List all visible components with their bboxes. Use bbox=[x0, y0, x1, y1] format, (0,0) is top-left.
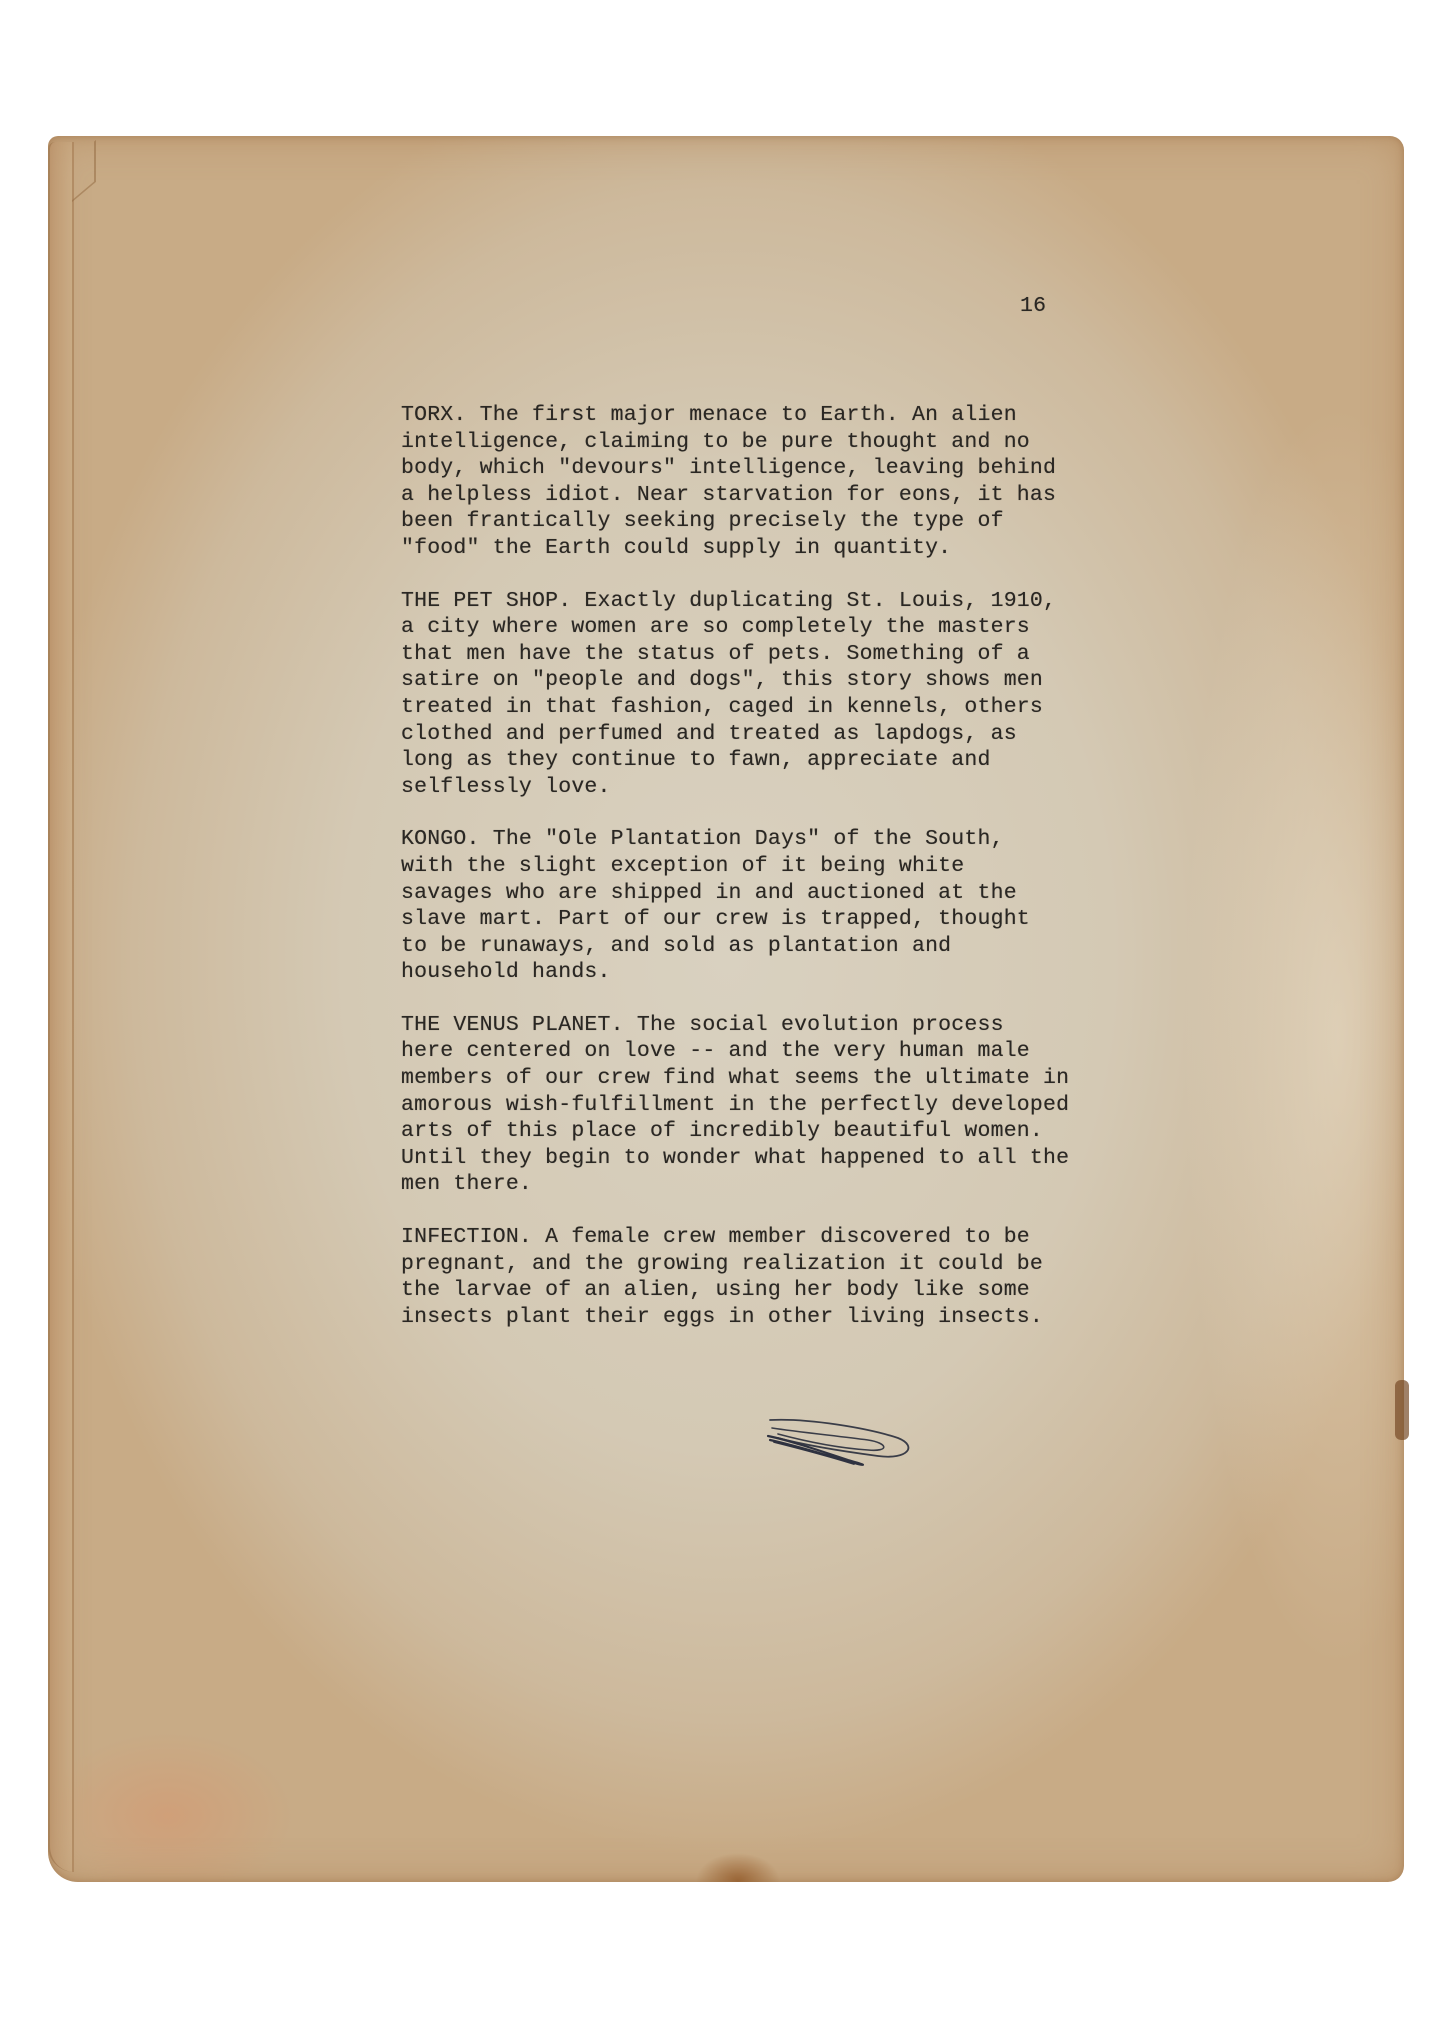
typed-body: TORX. The first major menace to Earth. A… bbox=[401, 402, 1261, 1356]
edge-damage bbox=[1395, 1380, 1409, 1440]
paragraph-kongo: KONGO. The "Ole Plantation Days" of the … bbox=[401, 826, 1261, 986]
paragraph-infection: INFECTION. A female crew member discover… bbox=[401, 1224, 1261, 1330]
paragraph-torx: TORX. The first major menace to Earth. A… bbox=[401, 402, 1261, 562]
signature-icon bbox=[758, 1398, 918, 1478]
page-number: 16 bbox=[1020, 293, 1046, 320]
paragraph-venus-planet: THE VENUS PLANET. The social evolution p… bbox=[401, 1012, 1261, 1198]
page-stack-edge bbox=[48, 142, 74, 1872]
paragraph-pet-shop: THE PET SHOP. Exactly duplicating St. Lo… bbox=[401, 588, 1261, 801]
